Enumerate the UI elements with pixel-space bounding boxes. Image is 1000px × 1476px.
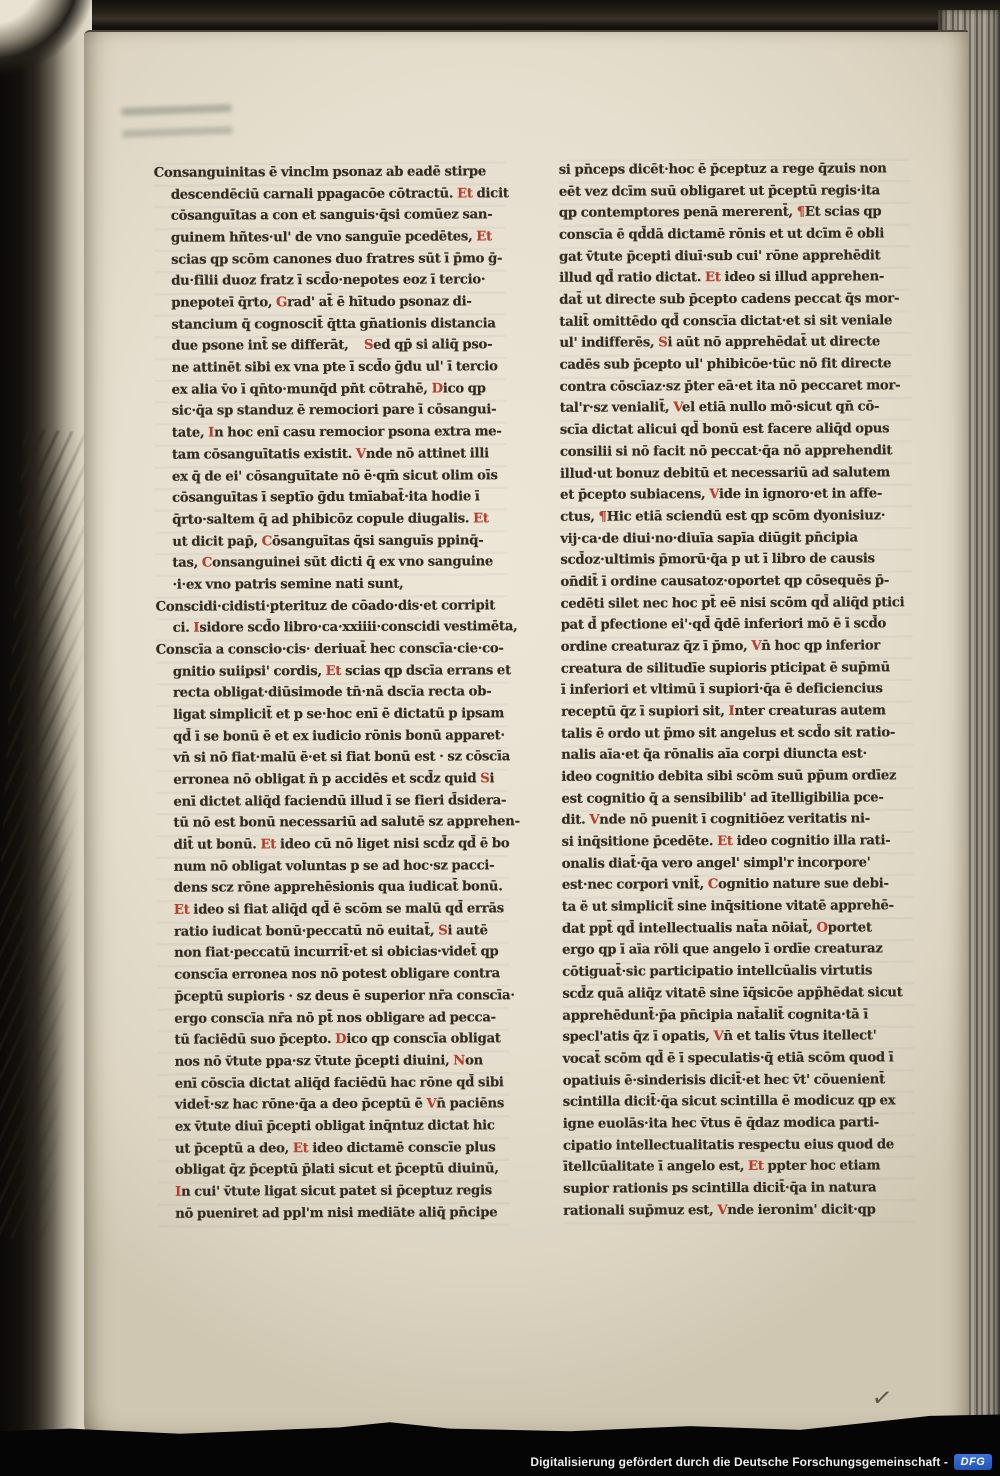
text-line: consilii si nō facit nō peccat·q̄a nō ap… <box>560 440 892 463</box>
rubric-mark: Et <box>174 903 190 918</box>
text-line: obligat q̄z p̄ceptū p̄lati sicut et p̄ce… <box>158 1159 499 1182</box>
text-line: cōsanguītas a con et sanguis·q̄si comūez… <box>154 205 493 228</box>
text-line: apprehēdunt̄·p̄a pn̄cipia nat̄alit̄ cogn… <box>562 1004 868 1027</box>
text-line: descendēciū carnali ppagacōe cōtractū. E… <box>154 183 509 206</box>
text-line: ligat simplicit̄ et p se·hoc enī ē dicta… <box>156 703 504 726</box>
rubric-mark: V <box>709 487 719 502</box>
text-line: sic·q̄a sp standuz ē remociori pare ī cō… <box>155 400 497 423</box>
book-top-edge <box>0 0 1000 34</box>
dfg-logo: DFG <box>954 1454 992 1470</box>
text-line: ci. Isidore scd̄o libro·ca·xxiiii·consci… <box>156 616 518 639</box>
text-line: si inq̄sitione p̄cedēte. Et ideo cogniti… <box>562 830 891 853</box>
rubric-mark: Et <box>326 664 342 679</box>
text-line: est·nec corpori vnit̄, Cognitio nature s… <box>562 874 889 897</box>
text-line: vocat̄ scōm qd̄ ē ī speculatis·q̄ etiā s… <box>563 1047 894 1070</box>
text-line: dat ppt̄ qd̄ intellectualis nat̄a nōiat̄… <box>562 917 872 940</box>
text-line: supior rationis ps scintilla dicit̄·q̄a … <box>563 1177 876 1200</box>
text-line: ctus, ¶Hic etiā sciendū est qp scōm dyon… <box>560 505 885 528</box>
text-line: scintilla dicit̄·q̄a sicut scintilla ē m… <box>563 1091 896 1114</box>
text-line: illud qd̄ ratio dictat. Et ideo si illud… <box>559 267 884 290</box>
rubric-mark: Et <box>717 834 733 849</box>
marginal-smudge <box>121 96 233 152</box>
text-line: pnepoteī q̄rto, Grad' at̄ ē hītudo psona… <box>154 291 471 314</box>
text-line: on̄dit̄ ī ordine causatoz·oportet qp cōs… <box>560 570 889 593</box>
text-line: talit̄ omittēdo qd̄ conscīa dictat·et si… <box>559 310 892 333</box>
text-line: scd̄z quā aliq̄z vitatē sine īq̄sicōe ap… <box>562 982 902 1005</box>
text-line: Et ideo si fiat aliq̄d qd̄ ē scōm se mal… <box>157 898 504 921</box>
text-line: ideo cognitio debita sibi scōm suū pp̄um… <box>561 765 896 788</box>
text-line: ut p̄ceptū a deo, Et ideo dictamē conscī… <box>158 1137 496 1160</box>
text-line: si pn̄ceps dicēt·hoc ē p̄ceptuz a rege q… <box>559 158 887 181</box>
text-line: du·filii duoz fratz ī scd̄o·nepotes eoz … <box>154 270 485 293</box>
manuscript-page: Consanguinitas ē vinclm psonaz ab eadē s… <box>84 30 968 1448</box>
text-line: cedēti silet nec hoc pt̄ eē nisi scōm qd… <box>561 592 905 615</box>
text-line: ergo conscīa nr̄a nō pt̄ nos obligare ad… <box>157 1007 496 1030</box>
rubric-mark: C <box>202 556 212 571</box>
rubric-mark: O <box>816 920 827 935</box>
rubric-mark: V <box>356 447 366 462</box>
text-line: cipatio intellectualitatis respectu eius… <box>563 1134 894 1157</box>
text-line: eēt vez dcīm suū obligaret ut p̄ceptū re… <box>559 180 880 203</box>
rubric-mark: C <box>262 534 272 549</box>
rubric-mark: V <box>751 639 761 654</box>
text-line: enī cōscīa dictat aliq̄d faciēdū hac rōn… <box>158 1072 504 1095</box>
rubric-mark: Et <box>457 186 473 201</box>
text-line: scias qp scōm canones duo fratres sūt ī … <box>154 248 502 271</box>
text-line: est cognitio q̄ a sensibilib' ad ītellig… <box>561 787 883 810</box>
text-line: ex alia v̄o ī qn̄to·munq̄d pn̄t cōtrahē,… <box>155 378 486 401</box>
credit-line: Digitalisierung gefördert durch die Deut… <box>530 1454 992 1470</box>
rubric-mark: Et <box>293 1141 309 1156</box>
rubric-mark: Et <box>476 229 492 244</box>
text-line: vn̄ si nō fiat·malū ē·et si fiat bonū es… <box>156 747 510 770</box>
text-line: tal'r·sz venialit̄, Vel etiā nullo mō·si… <box>560 397 880 420</box>
text-line: ordine creaturaz q̄z ī p̄mo, Vn̄ hoc qp … <box>561 635 880 658</box>
rubric-mark: C <box>708 878 718 893</box>
text-line: cōsanguītas ī septīo ḡdu tmīabat̄·ita ho… <box>155 487 480 510</box>
text-line: dens scz rōne apprehēsionis qua iudicat̄… <box>157 877 503 900</box>
text-line: gat v̄tute p̄cepti diuī·sub cui' rōne ap… <box>559 245 880 268</box>
text-line: non fiat·peccatū incurrit̄·et si obicias… <box>157 942 498 965</box>
text-line: cōtiguat̄·sic participatio intellcūalis … <box>562 961 872 984</box>
rubric-mark: V <box>713 1029 723 1044</box>
text-line: erronea nō obligat n̄ p accidēs et scd̄z… <box>156 768 494 791</box>
text-line: stancium q̄ cognoscit̄ q̄tta gn̄ationis … <box>154 313 495 336</box>
rubric-mark: ¶ <box>797 205 805 220</box>
text-line: ex v̄tute diuī p̄cepti obligat inq̄ntuz … <box>158 1115 495 1138</box>
text-line: In cui' v̄tute ligat sicut patet si p̄ce… <box>158 1180 492 1203</box>
text-line: p̄ceptū supioris · sz deus ē superior nr… <box>157 985 514 1008</box>
text-line: nō pueniret ad ppl'm nisi mediāte aliq̄ … <box>158 1202 497 1225</box>
text-line: ne attinēt sibi ex vna pte ī scd̄o ḡdu u… <box>155 356 498 379</box>
text-line: qp contemptores penā mererent̄, ¶Et scia… <box>559 202 881 225</box>
text-line: conscīa ē qd̄dā dictamē rōnis et ut dcīm… <box>559 223 884 246</box>
text-column-right: si pn̄ceps dicēt·hoc ē p̄ceptuz a rege q… <box>559 158 916 1235</box>
text-line: gnitio suiipsi' cordis, Et scias qp dscī… <box>156 660 511 683</box>
text-line: talis ē ordo ut p̄mo sit angelus et scd̄… <box>561 722 895 745</box>
rubric-mark: S <box>658 336 667 351</box>
text-line: pat d̄ pfectione ei'·qd̄ q̄dē inferiori … <box>561 614 886 637</box>
text-line: ul' indifferēs, Si aūt nō apprehēdat̄ ut… <box>559 332 880 355</box>
text-line: dit̄ ut bonū. Et ideo cū nō liget nisi s… <box>157 833 510 856</box>
text-line: ergo qp ī aīa rōli que angelo ī ordīe cr… <box>562 939 883 962</box>
text-line: tū faciēdū suo p̄cepto. Dico qp conscīa … <box>157 1028 500 1051</box>
text-line: dat̄ ut directe sub p̄cepto cadens pecca… <box>559 288 899 311</box>
text-line: ī inferiori et vltimū ī supiori·q̄a ē de… <box>561 679 883 702</box>
rubric-mark: V <box>717 1203 727 1218</box>
text-column-left: Consanguinitas ē vinclm psonaz ab eadē s… <box>154 161 511 1238</box>
rubric-mark: V <box>426 1097 436 1112</box>
text-line: illud·ut bonuz debitū et necessariū ad s… <box>560 462 890 485</box>
text-line: q̄rto·saltem q̄ ad phibicōz copule diuga… <box>155 508 489 531</box>
text-line: due psone int̄ se differāt, Sed qp̄ si a… <box>154 335 492 358</box>
text-line: conscīa erronea nos nō potest obligare c… <box>157 963 500 986</box>
text-line: receptū q̄z ī supiori sit, Inter creatur… <box>561 700 886 723</box>
text-line: scīa dictat alicui qd̄ bonū est facere a… <box>560 418 890 441</box>
text-line: ex q̄ de ei' cōsanguītate nō ē·qm̄ sicut… <box>155 465 498 488</box>
rubric-mark: V <box>673 401 682 416</box>
text-line: creatura de silitudīe supioris pticipat … <box>561 657 890 680</box>
text-line: ·i·ex vno patris semine nati sunt, <box>155 574 403 597</box>
text-line: contra cōscīaz·sz p̄ter eā·et ita nō pec… <box>560 375 901 398</box>
rubric-mark: Et <box>705 270 721 285</box>
text-line: cadēs sub p̄cepto ul' phibicōe·tūc nō fi… <box>560 353 892 376</box>
rubric-mark: G <box>276 295 287 310</box>
text-line: recta obligat·diūsimode tn̄·nā dscīa rec… <box>156 682 492 705</box>
rubric-mark: V <box>589 813 599 828</box>
credit-text: Digitalisierung gefördert durch die Deut… <box>530 1455 948 1469</box>
text-line: tate, In hoc enī casu remocior psona ext… <box>155 421 502 444</box>
text-line: Conscīa a conscio·cis· deriuat̄ hec cons… <box>156 638 504 661</box>
book-gutter <box>0 0 92 1476</box>
text-line: tas, Consanguinei sūt dicti q̄ ex vno sa… <box>155 552 493 575</box>
text-line: tam cōsanguītatis existit. Vnde nō attin… <box>155 443 489 466</box>
text-line: opatiuis ē·sinderisis dicit̄·et hec v̄t'… <box>563 1069 885 1092</box>
text-line: rationali sup̄muz est, Vnde ieronim' dic… <box>563 1199 875 1222</box>
text-line: nos nō v̄tute ppa·sz v̄tute p̄cepti diui… <box>158 1050 483 1073</box>
text-line: Consanguinitas ē vinclm psonaz ab eadē s… <box>154 161 486 184</box>
rubric-mark: S <box>438 923 447 938</box>
text-line: dit. Vnde nō puenit ī cognitiōez veritat… <box>561 809 870 832</box>
text-line: qd̄ ī se bonū ē et ex iudicio rōnis bonū… <box>156 725 505 748</box>
text-line: onalis diat̄·q̄a vero angel' simpl'r inc… <box>562 852 871 875</box>
text-line: Conscidi·cidisti·pterituz de cōado·dis·e… <box>156 595 496 618</box>
text-line: nalis aīa·et q̄a rōnalis aīa corpi diunc… <box>561 744 867 767</box>
text-line: tū nō est bonū necessariū ad salutē sz a… <box>156 812 519 835</box>
text-line: ut dicit pap̄, Cōsanguītas q̄si sanguīs … <box>155 530 483 553</box>
text-line: ta ē ut simplicit̄ sine inq̄sitione vita… <box>562 895 894 918</box>
rubric-mark: S <box>364 338 373 353</box>
rubric-mark: D <box>432 381 443 396</box>
text-line: guinem hñtes·ul' de vno sanguīe pcedētes… <box>154 226 492 249</box>
rubric-mark: N <box>453 1053 465 1068</box>
text-line: ratio iudicat bonū·peccatū nō euitat̄, S… <box>157 920 488 943</box>
rubric-mark: D <box>335 1032 346 1047</box>
text-line: videt̄·sz hac rōne·q̄a a deo p̄ceptū ē V… <box>158 1093 504 1116</box>
text-line: specl'atis q̄z ī opatis, Vn̄ et talis v̄… <box>562 1026 876 1049</box>
text-line: igne euolās·ita hec v̄tus ē q̄daz modica… <box>563 1112 879 1135</box>
text-line: vij·ca·de diui·no·diuīa sapīa diūgit pn̄… <box>560 527 858 550</box>
text-line: et p̄cepto subiacens, Vide in ignoro·et … <box>560 484 882 507</box>
text-line: enī dictet aliq̄d faciendū illud ī se fi… <box>156 790 506 813</box>
text-line: scd̄oz·ultimis p̄morū·q̄a p ut ī libro d… <box>560 549 875 572</box>
rubric-mark: Et <box>748 1159 764 1174</box>
rubric-mark: S <box>480 771 489 786</box>
rubric-mark: Et <box>260 837 276 852</box>
text-line: ītellcūalitate ī angelo est, Et ppter ho… <box>563 1156 880 1179</box>
text-line: num nō obligat voluntas p se ad hoc·sz p… <box>157 855 495 878</box>
rubric-mark: Et <box>473 511 489 526</box>
handwritten-check-mark: ✓ <box>870 1383 894 1414</box>
